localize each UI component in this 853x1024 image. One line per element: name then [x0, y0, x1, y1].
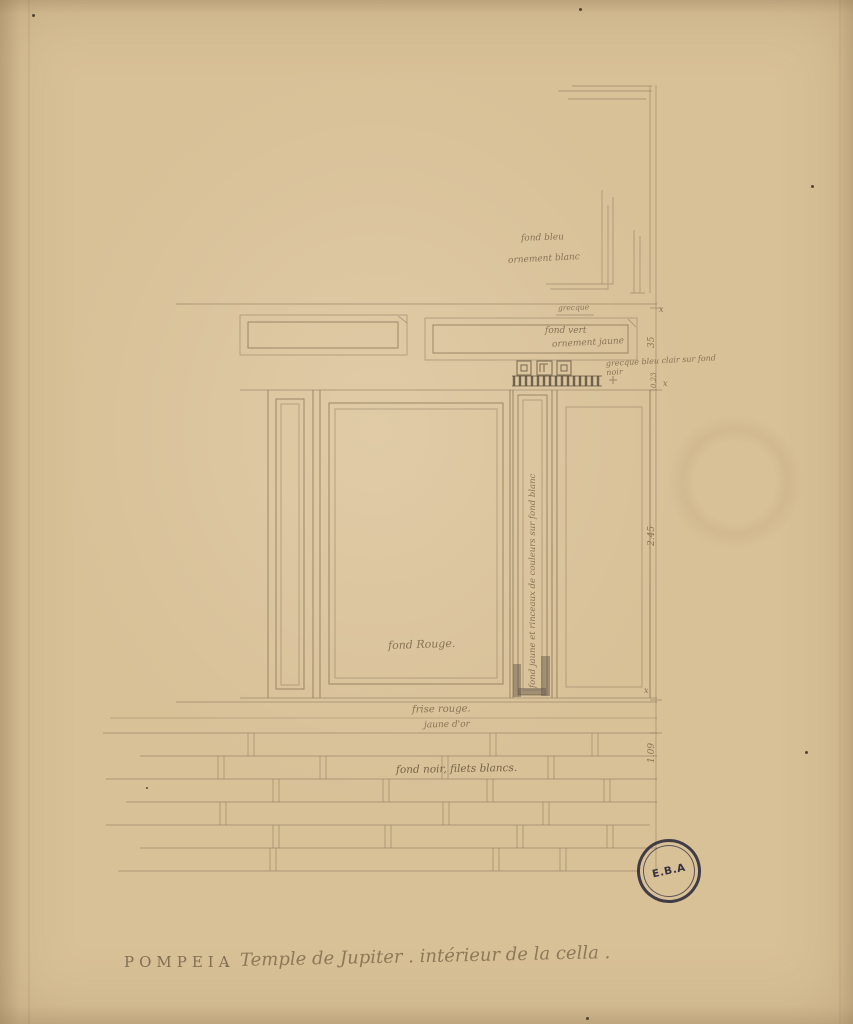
frieze-band — [176, 304, 657, 360]
speck — [579, 8, 582, 11]
pencil-linework — [0, 0, 853, 1024]
caption-site: POMPEIA — [124, 953, 235, 971]
central-panel — [320, 390, 510, 698]
speck — [146, 787, 148, 789]
pilaster-strip — [513, 390, 552, 698]
measure-line — [650, 85, 662, 871]
speck — [811, 185, 814, 188]
lower-friezes — [103, 702, 657, 733]
speck — [32, 14, 35, 17]
cornice-detail — [546, 86, 652, 293]
speck — [805, 751, 808, 754]
caption-separator: . — [224, 953, 229, 971]
right-panel — [557, 390, 650, 698]
speck — [586, 1017, 589, 1020]
masonry-courses — [106, 733, 657, 871]
drawing-sheet: fond bleu ornement blanc grecque fond ve… — [0, 0, 853, 1024]
wall-panels — [240, 390, 657, 698]
greek-key-ornament — [512, 361, 617, 386]
frieze-panel-left — [240, 315, 407, 355]
frieze-panel-right — [425, 318, 637, 360]
left-pilaster — [268, 390, 313, 698]
